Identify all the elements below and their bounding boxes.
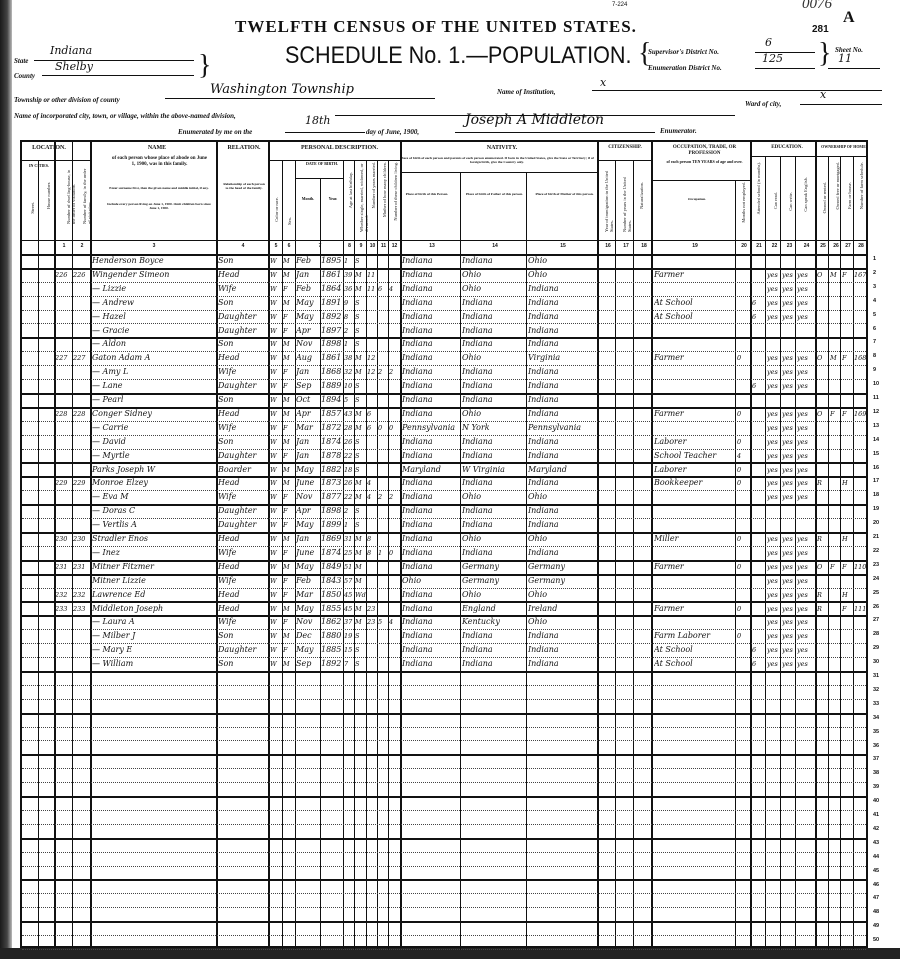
cell-relation: Boarder — [218, 463, 268, 477]
cell-children-living — [389, 435, 400, 449]
cell-owned-rented — [817, 379, 828, 393]
cell-mother-birthplace: Ohio — [528, 254, 597, 268]
cell-father-birthplace: Indiana — [462, 657, 526, 671]
colnum-20: 20 — [737, 243, 751, 249]
vheader-immigration: Year of immigration to the United States… — [604, 167, 614, 232]
cell-can-read: yes — [767, 657, 780, 671]
cell-relation: Wife — [218, 421, 268, 435]
cell-mother-of — [378, 463, 388, 477]
cell-mother-of: 0 — [378, 421, 388, 435]
cell-farm-schedule — [854, 463, 868, 477]
cell-birthplace: Indiana — [402, 268, 460, 282]
cell-farm-schedule — [854, 588, 868, 602]
cell-birth-month: May — [296, 518, 320, 532]
cell-marital-status: S — [355, 643, 366, 657]
cell-mother-birthplace: Indiana — [528, 476, 597, 490]
cell-owned-free — [830, 657, 840, 671]
cell-years-married — [367, 435, 377, 449]
cell-marital-status: M — [355, 351, 366, 365]
cell-dwelling-number — [55, 504, 72, 518]
cell-farm-schedule: 110 — [854, 560, 868, 574]
cell-owned-free — [830, 365, 840, 379]
line-number: 29 — [873, 645, 879, 651]
cell-person-name: — Gracie — [92, 324, 216, 338]
cell-children-living — [389, 268, 400, 282]
cell-years-married — [367, 310, 377, 324]
cell-birth-month: Apr — [296, 407, 320, 421]
cell-mother-of: 1 — [378, 546, 388, 560]
cell-months-unemployed: 0 — [737, 476, 750, 490]
cell-color: W — [270, 379, 282, 393]
header-relation: RELATION. — [220, 145, 268, 152]
cell-can-write: yes — [782, 615, 795, 629]
cell-mother-birthplace: Indiana — [528, 379, 597, 393]
cell-years-married: 8 — [367, 546, 377, 560]
cell-can-write — [782, 393, 795, 407]
cell-farm-house — [842, 310, 853, 324]
cell-person-name: Lawrence Ed — [92, 588, 216, 602]
cell-color: W — [270, 351, 282, 365]
cell-birth-year: 1878 — [321, 449, 343, 463]
cell-sex: M — [283, 435, 295, 449]
line-number: 36 — [873, 743, 879, 749]
cell-can-read — [767, 504, 780, 518]
header-education: EDUCATION. — [757, 145, 817, 151]
cell-farm-house — [842, 490, 853, 504]
cell-relation: Son — [218, 254, 268, 268]
cell-age: 18 — [344, 463, 354, 477]
cell-mother-of — [378, 629, 388, 643]
cell-sex: M — [283, 560, 295, 574]
table-row — [22, 796, 866, 811]
vheader-naturalization: Naturalization. — [639, 182, 644, 209]
cell-farm-schedule — [854, 615, 868, 629]
cell-age: 36 — [344, 282, 354, 296]
cell-farm-house — [842, 379, 853, 393]
cell-can-read: yes — [767, 602, 780, 616]
cell-can-read: yes — [767, 268, 780, 282]
line-number: 45 — [873, 868, 879, 874]
cell-birthplace: Indiana — [402, 490, 460, 504]
cell-months-unemployed: 4 — [737, 449, 750, 463]
schedule-title: SCHEDULE No. 1.—POPULATION. — [285, 42, 631, 70]
cell-color: W — [270, 337, 282, 351]
cell-years-married — [367, 588, 377, 602]
cell-marital-status: S — [355, 324, 366, 338]
table-header: LOCATION. IN CITIES. NAME of each person… — [22, 142, 866, 256]
cell-birthplace: Ohio — [402, 574, 460, 588]
cell-birth-year: 1898 — [321, 504, 343, 518]
cell-children-living — [389, 351, 400, 365]
cell-school-months: 6 — [752, 379, 765, 393]
cell-relation: Wife — [218, 574, 268, 588]
cell-owned-free — [830, 421, 840, 435]
cell-years-married — [367, 449, 377, 463]
cell-farm-house — [842, 518, 853, 532]
cell-can-speak-english: yes — [797, 588, 815, 602]
cell-farm-schedule — [854, 296, 868, 310]
cell-father-birthplace: W Virginia — [462, 463, 526, 477]
cell-father-birthplace: Ohio — [462, 282, 526, 296]
cell-marital-status: S — [355, 379, 366, 393]
cell-farm-house — [842, 629, 853, 643]
cell-farm-schedule — [854, 490, 868, 504]
cell-years-married — [367, 463, 377, 477]
cell-birthplace: Indiana — [402, 504, 460, 518]
cell-years-married — [367, 324, 377, 338]
colnum-19: 19 — [653, 243, 737, 249]
cell-marital-status: S — [355, 629, 366, 643]
cell-father-birthplace: N York — [462, 421, 526, 435]
cell-farm-house — [842, 296, 853, 310]
cell-father-birthplace: Indiana — [462, 324, 526, 338]
cell-owned-rented — [817, 463, 828, 477]
cell-person-name: — Aldon — [92, 337, 216, 351]
cell-occupation — [654, 379, 735, 393]
cell-owned-free — [830, 393, 840, 407]
cell-can-read: yes — [767, 574, 780, 588]
cell-person-name: Middleton Joseph — [92, 602, 216, 616]
cell-can-read: yes — [767, 546, 780, 560]
cell-farm-schedule — [854, 379, 868, 393]
cell-owned-rented: R — [817, 532, 828, 546]
header-name-note2: Include every person living on June 1, 1… — [104, 202, 214, 210]
cell-owned-free — [830, 449, 840, 463]
cell-person-name: — Doras C — [92, 504, 216, 518]
cell-can-read — [767, 254, 780, 268]
cell-farm-schedule — [854, 476, 868, 490]
cell-father-birthplace: Indiana — [462, 254, 526, 268]
cell-age: 45 — [344, 588, 354, 602]
line-number: 4 — [873, 298, 876, 304]
cell-birthplace: Indiana — [402, 435, 460, 449]
cell-owned-free — [830, 324, 840, 338]
cell-owned-rented — [817, 449, 828, 463]
cell-birth-month: Nov — [296, 337, 320, 351]
header-year: Year. — [322, 197, 344, 202]
table-row: — Amy LWifeWFJan186832M1222IndianaIndian… — [22, 365, 866, 380]
line-number: 48 — [873, 909, 879, 915]
cell-owned-rented — [817, 282, 828, 296]
cell-father-birthplace: Indiana — [462, 379, 526, 393]
header-pob-mother: Place of birth of Mother of this person. — [532, 192, 597, 196]
cell-farm-house — [842, 254, 853, 268]
cell-marital-status: M — [355, 546, 366, 560]
vheader-house-number: House number. — [46, 182, 51, 209]
cell-dwelling-number — [55, 324, 72, 338]
cell-sex: M — [283, 476, 295, 490]
line-number: 30 — [873, 659, 879, 665]
cell-family-number — [73, 435, 90, 449]
cell-family-number: 233 — [73, 602, 90, 616]
cell-school-months — [752, 365, 765, 379]
cell-marital-status: M — [355, 476, 366, 490]
cell-person-name: Monroe Elzey — [92, 476, 216, 490]
cell-farm-schedule: 169 — [854, 407, 868, 421]
cell-sex: M — [283, 337, 295, 351]
cell-children-living — [389, 463, 400, 477]
cell-owned-free — [830, 518, 840, 532]
table-row: — CarrieWifeWFMar187228M600PennsylvaniaN… — [22, 421, 866, 436]
table-row — [22, 713, 866, 728]
cell-mother-birthplace: Ohio — [528, 615, 597, 629]
cell-owned-free: F — [830, 407, 840, 421]
cell-birthplace: Indiana — [402, 588, 460, 602]
cell-can-speak-english: yes — [797, 560, 815, 574]
cell-months-unemployed — [737, 296, 750, 310]
line-number: 23 — [873, 562, 879, 568]
cell-birth-year: 1874 — [321, 435, 343, 449]
cell-children-living — [389, 532, 400, 546]
cell-relation: Son — [218, 435, 268, 449]
cell-age: 10 — [344, 379, 354, 393]
cell-owned-free — [830, 643, 840, 657]
cell-years-married — [367, 254, 377, 268]
cell-school-months: 6 — [752, 643, 765, 657]
cell-person-name: Mitner Fitzmer — [92, 560, 216, 574]
cell-can-speak-english: yes — [797, 435, 815, 449]
cell-can-write: yes — [782, 546, 795, 560]
cell-occupation — [654, 324, 735, 338]
cell-years-married: 12 — [367, 351, 377, 365]
cell-mother-birthplace: Ohio — [528, 268, 597, 282]
cell-can-speak-english: yes — [797, 282, 815, 296]
cell-sex: F — [283, 518, 295, 532]
township-label: Township or other division of county — [14, 96, 120, 104]
cell-sex: F — [283, 490, 295, 504]
cell-birth-year: 1880 — [321, 629, 343, 643]
cell-mother-of: 2 — [378, 365, 388, 379]
cell-birthplace: Indiana — [402, 657, 460, 671]
cell-owned-rented — [817, 504, 828, 518]
cell-birth-month: Nov — [296, 615, 320, 629]
cell-person-name: Conger Sidney — [92, 407, 216, 421]
cell-children-living: 4 — [389, 282, 400, 296]
institution-field[interactable] — [592, 80, 882, 91]
vheader-marital: Whether single, married, widowed, or div… — [359, 162, 369, 232]
cell-marital-status: Wd — [355, 588, 366, 602]
cell-months-unemployed — [737, 254, 750, 268]
cell-years-married — [367, 629, 377, 643]
cell-birth-year: 1862 — [321, 615, 343, 629]
cell-birthplace: Indiana — [402, 324, 460, 338]
cell-color: W — [270, 546, 282, 560]
cell-age: 22 — [344, 490, 354, 504]
cell-occupation: Miller — [654, 532, 735, 546]
cell-farm-house: H — [842, 476, 853, 490]
gridline — [750, 156, 868, 157]
cell-dwelling-number: 228 — [55, 407, 72, 421]
cell-birth-month: June — [296, 546, 320, 560]
header-citizenship: CITIZENSHIP. — [600, 145, 650, 151]
cell-color: W — [270, 365, 282, 379]
cell-children-living — [389, 476, 400, 490]
vheader-farm-house: Farm or house. — [847, 182, 852, 209]
cell-owned-free — [830, 379, 840, 393]
gridline — [597, 160, 651, 161]
cell-family-number — [73, 643, 90, 657]
cell-can-read: yes — [767, 532, 780, 546]
cell-owned-rented — [817, 254, 828, 268]
table-row — [22, 754, 866, 769]
cell-family-number — [73, 518, 90, 532]
cell-dwelling-number — [55, 254, 72, 268]
cell-mother-of — [378, 435, 388, 449]
cell-school-months — [752, 574, 765, 588]
cell-birth-month: Mar — [296, 588, 320, 602]
cell-owned-rented — [817, 574, 828, 588]
cell-dwelling-number — [55, 629, 72, 643]
cell-mother-of — [378, 351, 388, 365]
cell-family-number: 229 — [73, 476, 90, 490]
cell-marital-status: M — [355, 268, 366, 282]
cell-months-unemployed — [737, 365, 750, 379]
cell-owned-rented — [817, 546, 828, 560]
sheet-field[interactable] — [828, 58, 880, 69]
cell-months-unemployed: 0 — [737, 435, 750, 449]
cell-months-unemployed — [737, 643, 750, 657]
cell-family-number — [73, 296, 90, 310]
cell-color: W — [270, 629, 282, 643]
cell-owned-rented: O — [817, 560, 828, 574]
cell-birthplace: Indiana — [402, 546, 460, 560]
cell-mother-birthplace: Indiana — [528, 435, 597, 449]
cell-birth-year: 1895 — [321, 254, 343, 268]
cell-owned-rented — [817, 324, 828, 338]
cell-father-birthplace: Ohio — [462, 532, 526, 546]
vheader-can-write: Can write. — [788, 192, 793, 211]
line-number: 49 — [873, 923, 879, 929]
table-row — [22, 727, 866, 742]
cell-mother-birthplace: Indiana — [528, 546, 597, 560]
header-in-cities: IN CITIES. — [24, 164, 54, 169]
cell-school-months — [752, 393, 765, 407]
cell-birth-year: 1843 — [321, 574, 343, 588]
cell-owned-free: M — [830, 351, 840, 365]
cell-sex: M — [283, 532, 295, 546]
cell-can-read: yes — [767, 379, 780, 393]
cell-age: 25 — [344, 546, 354, 560]
cell-marital-status: S — [355, 435, 366, 449]
table-row: — AndrewSonWMMay18919SIndianaIndianaIndi… — [22, 296, 866, 311]
cell-person-name: — Milber J — [92, 629, 216, 643]
cell-birth-year: 1849 — [321, 560, 343, 574]
line-number: 10 — [873, 381, 879, 387]
vheader-farm-schedule: Number of farm schedule. — [859, 162, 864, 209]
cell-person-name: Wingender Simeon — [92, 268, 216, 282]
cell-mother-birthplace: Germany — [528, 574, 597, 588]
cell-occupation: Bookkeeper — [654, 476, 735, 490]
cell-marital-status: M — [355, 365, 366, 379]
cell-owned-free — [830, 615, 840, 629]
cell-can-read: yes — [767, 490, 780, 504]
cell-birth-month: Jan — [296, 532, 320, 546]
cell-family-number — [73, 365, 90, 379]
cell-relation: Son — [218, 337, 268, 351]
cell-sex: M — [283, 268, 295, 282]
cell-birth-month: Nov — [296, 490, 320, 504]
cell-months-unemployed — [737, 588, 750, 602]
line-number: 38 — [873, 770, 879, 776]
enumerated-prefix: Enumerated by me on the — [178, 128, 252, 136]
cell-sex: M — [283, 254, 295, 268]
cell-person-name: — Laura A — [92, 615, 216, 629]
cell-school-months: 6 — [752, 296, 765, 310]
line-number: 50 — [873, 937, 879, 943]
cell-marital-status: M — [355, 490, 366, 504]
cell-family-number — [73, 615, 90, 629]
cell-occupation — [654, 615, 735, 629]
cell-farm-house — [842, 657, 853, 671]
cell-school-months — [752, 337, 765, 351]
header-name-note1: Enter surname first, then the given name… — [104, 186, 214, 190]
cell-months-unemployed: 0 — [737, 602, 750, 616]
vheader-can-read: Can read. — [773, 192, 778, 209]
cell-occupation — [654, 546, 735, 560]
cell-birthplace: Indiana — [402, 602, 460, 616]
line-number: 9 — [873, 367, 876, 373]
cell-marital-status: S — [355, 657, 366, 671]
cell-sex: F — [283, 379, 295, 393]
cell-children-living — [389, 657, 400, 671]
cell-color: W — [270, 657, 282, 671]
cell-father-birthplace: England — [462, 602, 526, 616]
cell-occupation — [654, 574, 735, 588]
cell-years-married — [367, 643, 377, 657]
cell-marital-status: S — [355, 337, 366, 351]
gridline — [22, 160, 90, 161]
cell-farm-house: F — [842, 268, 853, 282]
cell-father-birthplace: Ohio — [462, 268, 526, 282]
cell-birthplace: Indiana — [402, 351, 460, 365]
cell-school-months — [752, 421, 765, 435]
cell-years-married — [367, 560, 377, 574]
cell-birth-year: 1864 — [321, 282, 343, 296]
table-row: 227227Gaton Adam AHeadWMAug186138M12Indi… — [22, 351, 866, 366]
cell-age: 39 — [344, 268, 354, 282]
table-row: — Laura AWifeWFNov186237M2354IndianaKent… — [22, 615, 866, 630]
cell-marital-status: M — [355, 560, 366, 574]
cell-family-number — [73, 629, 90, 643]
cell-person-name: — Myrtle — [92, 449, 216, 463]
cell-years-married — [367, 574, 377, 588]
cell-can-write — [782, 504, 795, 518]
line-number: 3 — [873, 284, 876, 290]
cell-dwelling-number — [55, 282, 72, 296]
line-number: 16 — [873, 465, 879, 471]
cell-can-read: yes — [767, 588, 780, 602]
line-number: 27 — [873, 617, 879, 623]
cell-months-unemployed — [737, 379, 750, 393]
column-number-strip — [22, 240, 866, 241]
cell-can-speak-english: yes — [797, 449, 815, 463]
cell-can-write — [782, 254, 795, 268]
cell-person-name: — Amy L — [92, 365, 216, 379]
cell-can-read: yes — [767, 643, 780, 657]
cell-owned-free — [830, 310, 840, 324]
cell-mother-birthplace: Indiana — [528, 629, 597, 643]
cell-person-name: — Inez — [92, 546, 216, 560]
gridline — [651, 180, 750, 181]
cell-color: W — [270, 296, 282, 310]
cell-years-married — [367, 504, 377, 518]
cell-mother-of: 5 — [378, 615, 388, 629]
vheader-age: Age at last birthday. — [348, 172, 353, 208]
cell-months-unemployed — [737, 268, 750, 282]
cell-birth-month: Aug — [296, 351, 320, 365]
cell-school-months — [752, 588, 765, 602]
ward-field[interactable] — [800, 94, 882, 105]
